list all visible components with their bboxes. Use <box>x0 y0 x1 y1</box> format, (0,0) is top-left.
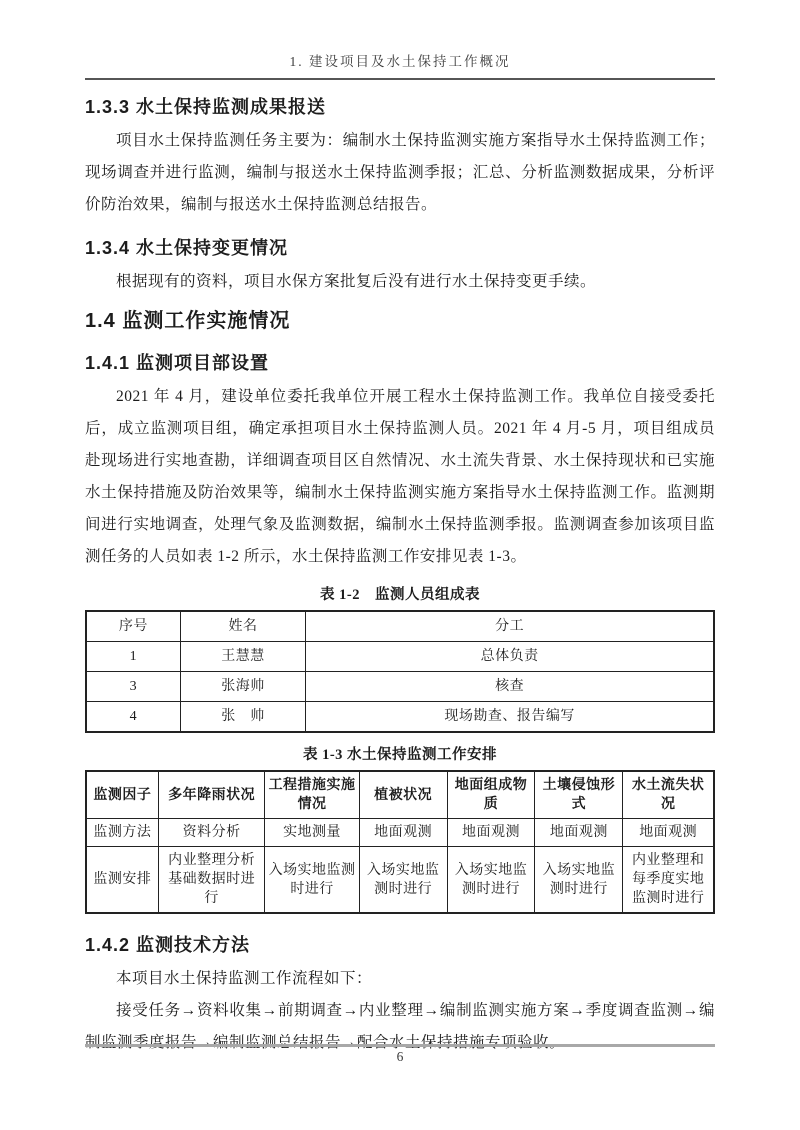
page-content: 1.3.3 水土保持监测成果报送 项目水土保持监测任务主要为：编制水土保持监测实… <box>85 80 715 1059</box>
table-row: 3 张海帅 核查 <box>86 672 714 702</box>
table-cell: 内业整理分析基础数据时进行 <box>158 847 265 914</box>
table-cell: 地面观测 <box>623 819 714 847</box>
table-row: 1 王慧慧 总体负责 <box>86 642 714 672</box>
table-cell: 植被状况 <box>359 771 447 819</box>
table-cell: 土壤侵蚀形式 <box>535 771 623 819</box>
table-cell: 序号 <box>86 611 180 642</box>
heading-1-3-4: 1.3.4 水土保持变更情况 <box>85 235 715 261</box>
table-cell: 入场实地监测时进行 <box>359 847 447 914</box>
table-cell: 水土流失状况 <box>623 771 714 819</box>
table-cell: 分工 <box>306 611 714 642</box>
page-number: 6 <box>397 1049 404 1065</box>
table-cell: 监测方法 <box>86 819 158 847</box>
table-1-3-header-row: 监测因子 多年降雨状况 工程措施实施情况 植被状况 地面组成物质 土壤侵蚀形式 … <box>86 771 714 819</box>
heading-1-3-3: 1.3.3 水土保持监测成果报送 <box>85 94 715 120</box>
page-header: 1. 建设项目及水土保持工作概况 <box>85 0 715 80</box>
heading-1-4-2: 1.4.2 监测技术方法 <box>85 932 715 958</box>
table-cell: 地面观测 <box>447 819 535 847</box>
table-1-3: 监测因子 多年降雨状况 工程措施实施情况 植被状况 地面组成物质 土壤侵蚀形式 … <box>85 770 715 914</box>
table-cell: 内业整理和每季度实地监测时进行 <box>623 847 714 914</box>
table-cell: 地面组成物质 <box>447 771 535 819</box>
table-cell: 3 <box>86 672 180 702</box>
table-cell: 地面观测 <box>359 819 447 847</box>
table-row: 监测安排 内业整理分析基础数据时进行 入场实地监测时进行 入场实地监测时进行 入… <box>86 847 714 914</box>
document-page: 1. 建设项目及水土保持工作概况 1.3.3 水土保持监测成果报送 项目水土保持… <box>0 0 800 1130</box>
heading-1-4-1: 1.4.1 监测项目部设置 <box>85 350 715 376</box>
table-cell: 核查 <box>306 672 714 702</box>
table-cell: 现场勘查、报告编写 <box>306 702 714 733</box>
table-1-2-caption: 表 1-2 监测人员组成表 <box>85 583 715 604</box>
table-cell: 多年降雨状况 <box>158 771 265 819</box>
table-cell: 工程措施实施情况 <box>265 771 359 819</box>
table-1-2-header-row: 序号 姓名 分工 <box>86 611 714 642</box>
table-cell: 总体负责 <box>306 642 714 672</box>
table-cell: 资料分析 <box>158 819 265 847</box>
chapter-header-title: 1. 建设项目及水土保持工作概况 <box>85 0 715 80</box>
table-cell: 入场实地监测时进行 <box>535 847 623 914</box>
table-cell: 实地测量 <box>265 819 359 847</box>
table-cell: 张海帅 <box>180 672 306 702</box>
table-cell: 地面观测 <box>535 819 623 847</box>
table-cell: 1 <box>86 642 180 672</box>
table-row: 监测方法 资料分析 实地测量 地面观测 地面观测 地面观测 地面观测 <box>86 819 714 847</box>
table-cell: 张 帅 <box>180 702 306 733</box>
table-1-2: 序号 姓名 分工 1 王慧慧 总体负责 3 张海帅 核查 4 张 帅 现 <box>85 610 715 733</box>
table-cell: 监测因子 <box>86 771 158 819</box>
heading-1-4: 1.4 监测工作实施情况 <box>85 306 715 336</box>
table-row: 4 张 帅 现场勘查、报告编写 <box>86 702 714 733</box>
table-cell: 4 <box>86 702 180 733</box>
table-cell: 入场实地监测时进行 <box>447 847 535 914</box>
paragraph-1-4-2-intro: 本项目水土保持监测工作流程如下： <box>85 963 715 995</box>
table-cell: 王慧慧 <box>180 642 306 672</box>
page-footer: 6 <box>85 1044 715 1066</box>
table-cell: 监测安排 <box>86 847 158 914</box>
paragraph-1-4-1: 2021 年 4 月，建设单位委托我单位开展工程水土保持监测工作。我单位自接受委… <box>85 381 715 573</box>
table-cell: 入场实地监测时进行 <box>265 847 359 914</box>
table-1-3-caption: 表 1-3 水土保持监测工作安排 <box>85 743 715 764</box>
paragraph-1-3-3: 项目水土保持监测任务主要为：编制水土保持监测实施方案指导水土保持监测工作；现场调… <box>85 125 715 221</box>
table-cell: 姓名 <box>180 611 306 642</box>
paragraph-1-3-4: 根据现有的资料，项目水保方案批复后没有进行水土保持变更手续。 <box>85 266 715 298</box>
